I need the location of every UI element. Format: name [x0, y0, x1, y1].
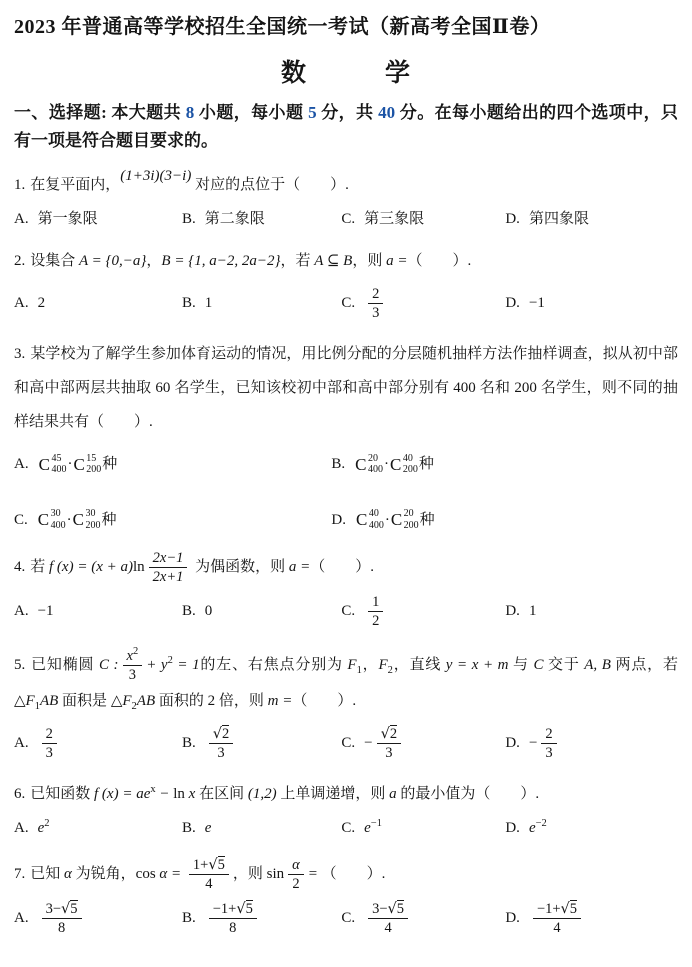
- fraction: 3−√54: [368, 900, 408, 937]
- question-1-option-d: D.第四象限: [505, 208, 678, 231]
- question-4-option-d: D.1: [505, 600, 678, 623]
- math-run: 2: [46, 726, 53, 742]
- denominator: 3: [213, 744, 228, 762]
- math-run: 4: [205, 876, 212, 892]
- combination-symbol: C45400: [39, 452, 67, 478]
- question-4-option-c: C.12: [341, 592, 505, 631]
- fraction: x23: [123, 647, 143, 684]
- fraction: 1+√54: [189, 856, 229, 893]
- fraction: √23: [209, 725, 234, 762]
- question-5-options: A.23B.√23C.−√23D.−23: [14, 724, 678, 763]
- square-root: √5: [208, 856, 225, 873]
- question-6-option-d: D.e−2: [505, 817, 678, 840]
- fraction: 23: [42, 725, 57, 762]
- text-run: 在复平面内，: [30, 177, 120, 193]
- question-2-option-b: B.1: [182, 292, 341, 315]
- option-label: B.: [182, 817, 196, 840]
- square-root: √2: [213, 725, 230, 742]
- text-run: 上单调递增，则: [277, 786, 390, 802]
- denominator: 3: [125, 666, 140, 684]
- math-run: a =: [386, 253, 407, 269]
- math-subscript: F1: [26, 693, 40, 709]
- option-label: B.: [182, 208, 196, 231]
- question-5-stem: 5.已知椭圆 C :x23+ y2 = 1的左、右焦点分别为 F1，F2，直线 …: [14, 646, 678, 719]
- math-run: 3−: [46, 901, 61, 917]
- math-run: C :: [99, 657, 119, 673]
- text-run: ，: [362, 657, 379, 673]
- text-run: 为锐角，: [72, 866, 136, 882]
- square-root: √5: [388, 900, 405, 917]
- question-7-option-c: C.3−√54: [341, 899, 505, 938]
- option-label: D.: [505, 732, 520, 755]
- math-subscript: F1: [347, 657, 361, 673]
- math-run: f (x) = a: [94, 786, 144, 802]
- denominator: 3: [42, 744, 57, 762]
- question-7-option-d: D.−1+√54: [505, 899, 678, 938]
- option-label: A.: [14, 208, 29, 231]
- text-run: 种: [101, 509, 116, 532]
- math-run: ·: [384, 453, 389, 476]
- option-label: D.: [505, 208, 520, 231]
- text-run: ，直线: [393, 657, 446, 673]
- numerator: √2: [377, 725, 402, 744]
- denominator: 4: [201, 875, 216, 893]
- exam-paper: 2023 年普通高等学校招生全国统一考试（新高考全国Ⅱ卷） 数 学 一、选择题:…: [0, 0, 692, 967]
- text-run: 已知椭圆: [30, 657, 99, 673]
- math-run: α: [64, 866, 72, 882]
- fraction: −1+√54: [533, 900, 581, 937]
- numerator: 3−√5: [368, 900, 408, 919]
- question-number: 6.: [14, 786, 25, 802]
- math-run: ·: [67, 509, 72, 532]
- math-run: A ⊆ B: [314, 253, 352, 269]
- math-run: −: [156, 786, 174, 802]
- math-run: 3: [217, 745, 224, 761]
- math-run: ·: [385, 509, 390, 532]
- math-run: 1: [372, 594, 379, 610]
- question-3-option-b: B.C20400·C40200 种: [331, 452, 678, 478]
- text-run: 为偶函数，则: [191, 559, 289, 575]
- math-run: ·: [67, 453, 72, 476]
- numerator: 1: [368, 593, 383, 612]
- question-2-stem: 2.设集合 A = {0,−a}，B = {1, a−2, 2a−2}，若 A …: [14, 245, 678, 279]
- question-3-option-c: C.C30400·C30200 种: [14, 507, 331, 533]
- option-label: A.: [14, 817, 29, 840]
- text-run: 名学生，已知该校初中部和高中部分别有: [170, 380, 453, 396]
- math-run: α =: [156, 866, 185, 882]
- fraction: 2x−12x+1: [149, 549, 188, 586]
- question-6-option-b: B.e: [182, 817, 341, 840]
- math-run: 2: [545, 726, 552, 742]
- question-2: 2.设集合 A = {0,−a}，B = {1, a−2, 2a−2}，若 A …: [14, 245, 678, 323]
- text-run: （ ）.: [310, 559, 374, 575]
- instruction-text: 分，共: [317, 103, 379, 122]
- math-run: 1: [205, 292, 213, 315]
- option-label: A.: [14, 907, 29, 930]
- math-run: △: [14, 693, 26, 709]
- option-label: D.: [505, 817, 520, 840]
- question-7-stem: 7.已知 α 为锐角，cos α = 1+√54，则 sinα2= （ ）.: [14, 855, 678, 894]
- math-run: −: [364, 732, 372, 755]
- question-1-option-b: B.第二象限: [182, 208, 341, 231]
- question-4-option-b: B.0: [182, 600, 341, 623]
- text-run: 面积的: [155, 693, 208, 709]
- instruction-number: 8: [186, 103, 195, 122]
- fraction: −1+√58: [209, 900, 257, 937]
- math-run: +: [146, 657, 161, 673]
- math-run: 2: [372, 613, 379, 629]
- math-run: AB: [40, 693, 58, 709]
- numerator: 2: [541, 725, 556, 744]
- math-subscript: F2: [379, 657, 393, 673]
- square-root: √5: [236, 900, 253, 917]
- math-run: 3: [372, 305, 379, 321]
- question-3-option-d: D.C40400·C20200 种: [331, 507, 678, 533]
- question-7-option-b: B.−1+√58: [182, 899, 341, 938]
- numerator: −1+√5: [209, 900, 257, 919]
- denominator: 2x+1: [149, 568, 188, 586]
- math-superscript: e−2: [529, 817, 547, 840]
- question-6: 6.已知函数 f (x) = aex − ln x 在区间 (1,2) 上单调递…: [14, 778, 678, 839]
- question-2-option-a: A.2: [14, 292, 182, 315]
- math-run: 3: [129, 667, 136, 683]
- option-label: D.: [505, 907, 520, 930]
- question-2-option-c: C.23: [341, 284, 505, 323]
- numerator: 2: [368, 285, 383, 304]
- option-label: D.: [331, 509, 346, 532]
- math-superscript: ex: [144, 786, 156, 802]
- text-run: 种: [419, 453, 434, 476]
- question-1-stem: 1.在复平面内，(1+3i)(3−i) 对应的点位于（ ）.: [14, 169, 678, 203]
- math-run: C: [533, 657, 543, 673]
- math-run: 2: [372, 286, 379, 302]
- square-root: √2: [381, 725, 398, 742]
- math-run: 60: [155, 380, 170, 396]
- option-label: B.: [331, 453, 345, 476]
- question-number: 2.: [14, 253, 25, 269]
- denominator: 3: [541, 744, 556, 762]
- math-run: −: [529, 732, 537, 755]
- option-label: C.: [341, 600, 355, 623]
- text-run: ，则: [352, 253, 386, 269]
- question-5-option-d: D.−23: [505, 724, 678, 763]
- math-superscript: y2: [161, 657, 173, 673]
- math-run: 3: [46, 745, 53, 761]
- question-3-stem: 3.某学校为了解学生参加体育运动的情况，用比例分配的分层随机抽样方法作抽样调查，…: [14, 338, 678, 439]
- combination-symbol: C40400: [356, 507, 384, 533]
- option-label: A.: [14, 600, 29, 623]
- question-5-option-b: B.√23: [182, 724, 341, 763]
- question-1-option-c: C.第三象限: [341, 208, 505, 231]
- question-7-option-a: A.3−√58: [14, 899, 182, 938]
- option-label: C.: [341, 732, 355, 755]
- text-run: 两点，若: [611, 657, 678, 673]
- instruction-text: 一、选择题: 本大题共: [14, 103, 186, 122]
- fraction: α2: [288, 856, 304, 893]
- denominator: 4: [549, 919, 564, 937]
- option-label: A.: [14, 732, 29, 755]
- math-run: (1,2): [248, 786, 277, 802]
- question-3: 3.某学校为了解学生参加体育运动的情况，用比例分配的分层随机抽样方法作抽样调查，…: [14, 338, 678, 532]
- text-run: 倍，则: [215, 693, 268, 709]
- math-subscript: F2: [122, 693, 136, 709]
- math-superscript: e−1: [364, 817, 382, 840]
- question-1-option-a: A.第一象限: [14, 208, 182, 231]
- numerator: 3−√5: [42, 900, 82, 919]
- math-run: −1: [529, 292, 545, 315]
- combination-symbol: C20400: [355, 452, 383, 478]
- question-number: 1.: [14, 177, 25, 193]
- math-run: 3−: [372, 901, 387, 917]
- math-run: a =: [289, 559, 310, 575]
- math-run: 4: [553, 920, 560, 936]
- math-run: α: [292, 857, 300, 873]
- question-5: 5.已知椭圆 C :x23+ y2 = 1的左、右焦点分别为 F1，F2，直线 …: [14, 646, 678, 763]
- question-7: 7.已知 α 为锐角，cos α = 1+√54，则 sinα2= （ ）.A.…: [14, 855, 678, 939]
- math-superscript: x2: [127, 648, 139, 664]
- text-run: ，: [146, 253, 161, 269]
- instruction-number: 5: [308, 103, 317, 122]
- option-label: B.: [182, 600, 196, 623]
- text-run: 若: [30, 559, 49, 575]
- math-superscript: e2: [38, 817, 50, 840]
- math-run: 4: [384, 920, 391, 936]
- numerator: 2: [42, 725, 57, 744]
- math-run: 0: [205, 600, 213, 623]
- text-run: 交于: [543, 657, 584, 673]
- text-run: ，则: [233, 866, 267, 882]
- question-1: 1.在复平面内，(1+3i)(3−i) 对应的点位于（ ）.A.第一象限B.第二…: [14, 169, 678, 230]
- math-run: = 1: [173, 657, 200, 673]
- text-run: 第四象限: [529, 208, 589, 231]
- fraction: √23: [377, 725, 402, 762]
- option-label: C.: [341, 817, 355, 840]
- combination-symbol: C30400: [38, 507, 66, 533]
- math-run: y = x + m: [446, 657, 509, 673]
- math-run: 2x−1: [153, 550, 184, 566]
- denominator: 8: [54, 919, 69, 937]
- question-6-options: A.e2B.eC.e−1D.e−2: [14, 817, 678, 840]
- math-run: B = {1, a−2, 2a−2}: [161, 253, 280, 269]
- text-run: ，若: [280, 253, 314, 269]
- question-number: 3.: [14, 346, 25, 362]
- math-run: m =: [268, 693, 293, 709]
- math-run: sin: [267, 866, 285, 882]
- denominator: 8: [225, 919, 240, 937]
- math-run: 2: [38, 292, 46, 315]
- math-run: 2: [208, 693, 216, 709]
- question-3-option-a: A.C45400·C15200 种: [14, 452, 331, 478]
- exam-title: 2023 年普通高等学校招生全国统一考试（新高考全国Ⅱ卷）: [14, 14, 678, 40]
- math-run: −1+: [537, 901, 561, 917]
- denominator: 2: [368, 612, 383, 630]
- math-run: 2x+1: [153, 569, 184, 585]
- question-5-option-c: C.−√23: [341, 724, 505, 763]
- question-4-option-a: A.−1: [14, 600, 182, 623]
- math-run: A = {0,−a}: [79, 253, 146, 269]
- math-run: 3: [385, 745, 392, 761]
- text-run: 种: [102, 453, 117, 476]
- numerator: x2: [123, 647, 143, 666]
- math-run: −1: [38, 600, 54, 623]
- fraction: 3−√58: [42, 900, 82, 937]
- math-run: 200: [514, 380, 537, 396]
- math-run: AB: [137, 693, 155, 709]
- math-run: =: [308, 866, 318, 882]
- text-run: 第三象限: [364, 208, 424, 231]
- option-label: B.: [182, 732, 196, 755]
- option-label: C.: [341, 907, 355, 930]
- instruction-number: 40: [378, 103, 395, 122]
- text-run: （ ）.: [292, 693, 356, 709]
- text-run: 已知函数: [30, 786, 94, 802]
- question-1-options: A.第一象限B.第二象限C.第三象限D.第四象限: [14, 208, 678, 231]
- fraction: 23: [541, 725, 556, 762]
- question-number: 4.: [14, 559, 25, 575]
- instruction-text: 小题，每小题: [194, 103, 308, 122]
- text-run: 的最小值为（ ）.: [397, 786, 540, 802]
- square-root: √5: [561, 900, 578, 917]
- math-run: (1+3i)(3−i): [120, 160, 191, 194]
- math-run: 8: [58, 920, 65, 936]
- question-6-option-c: C.e−1: [341, 817, 505, 840]
- option-label: A.: [14, 292, 29, 315]
- option-label: B.: [182, 292, 196, 315]
- option-label: C.: [341, 292, 355, 315]
- question-6-stem: 6.已知函数 f (x) = aex − ln x 在区间 (1,2) 上单调递…: [14, 778, 678, 812]
- text-run: 对应的点位于（ ）.: [191, 177, 349, 193]
- text-run: 在区间: [195, 786, 248, 802]
- math-run: −1+: [213, 901, 237, 917]
- question-4: 4.若 f (x) = (x + a)ln2x−12x+1 为偶函数，则 a =…: [14, 548, 678, 632]
- numerator: 2x−1: [149, 549, 188, 568]
- option-label: C.: [341, 208, 355, 231]
- section-instructions: 一、选择题: 本大题共 8 小题，每小题 5 分，共 40 分。在每小题给出的四…: [14, 99, 678, 154]
- text-run: 与: [508, 657, 533, 673]
- fraction: 12: [368, 593, 383, 630]
- math-run: 8: [229, 920, 236, 936]
- option-label: D.: [505, 600, 520, 623]
- option-label: B.: [182, 907, 196, 930]
- combination-symbol: C20200: [391, 507, 419, 533]
- text-run: 设集合: [30, 253, 79, 269]
- subject-title: 数 学: [14, 53, 678, 89]
- denominator: 3: [381, 744, 396, 762]
- option-label: D.: [505, 292, 520, 315]
- question-number: 7.: [14, 866, 25, 882]
- question-3-options: A.C45400·C15200 种B.C20400·C40200 种C.C304…: [14, 452, 678, 533]
- combination-symbol: C30200: [73, 507, 101, 533]
- combination-symbol: C15200: [73, 452, 101, 478]
- numerator: 1+√5: [189, 856, 229, 875]
- math-run: 2: [292, 876, 299, 892]
- denominator: 4: [380, 919, 395, 937]
- text-run: 名和: [476, 380, 515, 396]
- math-run: ln: [133, 559, 145, 575]
- text-run: 种: [420, 509, 435, 532]
- numerator: −1+√5: [533, 900, 581, 919]
- question-2-options: A.2B.1C.23D.−1: [14, 284, 678, 323]
- text-run: 的左、右焦点分别为: [200, 657, 348, 673]
- option-label: C.: [14, 509, 28, 532]
- math-run: 1: [529, 600, 537, 623]
- math-run: 3: [545, 745, 552, 761]
- question-number: 5.: [14, 657, 25, 673]
- math-run: 400: [453, 380, 476, 396]
- question-4-stem: 4.若 f (x) = (x + a)ln2x−12x+1 为偶函数，则 a =…: [14, 548, 678, 587]
- math-run: f (x) = (x + a): [49, 559, 133, 575]
- text-run: 已知: [30, 866, 64, 882]
- math-run: 1+: [193, 857, 208, 873]
- question-6-option-a: A.e2: [14, 817, 182, 840]
- math-run: a: [389, 786, 397, 802]
- question-5-option-a: A.23: [14, 724, 182, 763]
- square-root: √5: [61, 900, 78, 917]
- math-run: x: [185, 786, 195, 802]
- math-run: A, B: [584, 657, 611, 673]
- text-run: 面积是: [58, 693, 111, 709]
- denominator: 3: [368, 304, 383, 322]
- numerator: α: [288, 856, 304, 875]
- question-list: 1.在复平面内，(1+3i)(3−i) 对应的点位于（ ）.A.第一象限B.第二…: [14, 169, 678, 938]
- denominator: 2: [288, 875, 303, 893]
- fraction: 23: [368, 285, 383, 322]
- math-run: cos: [136, 866, 156, 882]
- question-2-option-d: D.−1: [505, 292, 678, 315]
- math-run: e: [205, 817, 212, 840]
- question-4-options: A.−1B.0C.12D.1: [14, 592, 678, 631]
- text-run: （ ）.: [318, 866, 386, 882]
- numerator: √2: [209, 725, 234, 744]
- combination-symbol: C40200: [390, 452, 418, 478]
- text-run: （ ）.: [407, 253, 471, 269]
- math-run: △: [111, 693, 123, 709]
- question-7-options: A.3−√58B.−1+√58C.3−√54D.−1+√54: [14, 899, 678, 938]
- text-run: 第一象限: [38, 208, 98, 231]
- math-run: ln: [173, 786, 185, 802]
- option-label: A.: [14, 453, 29, 476]
- text-run: 第二象限: [205, 208, 265, 231]
